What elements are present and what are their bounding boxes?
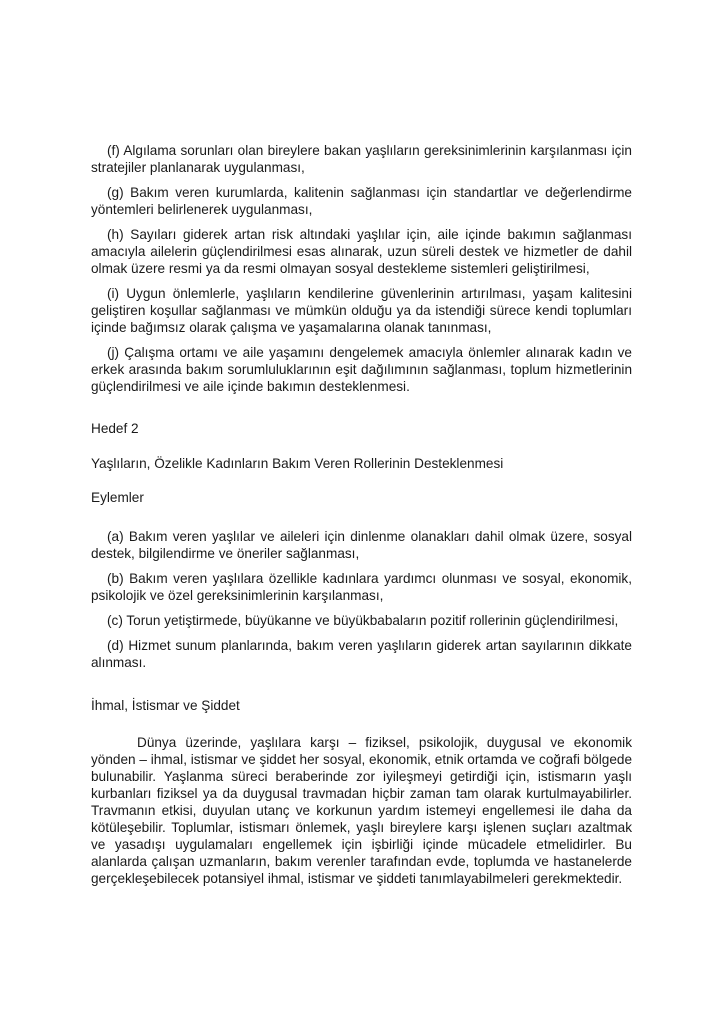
list-item-j: (j) Çalışma ortamı ve aile yaşamını deng… [91, 344, 632, 395]
list-item-d: (d) Hizmet sunum planlarında, bakım vere… [91, 637, 632, 671]
list-item-i: (i) Uygun önlemlerle, yaşlıların kendile… [91, 285, 632, 336]
list-item-b: (b) Bakım veren yaşlılara özellikle kadı… [91, 570, 632, 604]
list-item-f: (f) Algılama sorunları olan bireylere ba… [91, 142, 632, 176]
goal-title: Yaşlıların, Özelikle Kadınların Bakım Ve… [91, 455, 632, 472]
section-title: İhmal, İstismar ve Şiddet [91, 697, 632, 714]
document-page: (f) Algılama sorunları olan bireylere ba… [91, 142, 632, 895]
goal-label: Hedef 2 [91, 420, 632, 437]
actions-list: (a) Bakım veren yaşlılar ve aileleri içi… [91, 528, 632, 671]
list-item-a: (a) Bakım veren yaşlılar ve aileleri içi… [91, 528, 632, 562]
list-item-h: (h) Sayıları giderek artan risk altındak… [91, 226, 632, 277]
list-item-g: (g) Bakım veren kurumlarda, kalitenin sa… [91, 184, 632, 218]
list-item-c: (c) Torun yetiştirmede, büyükanne ve büy… [91, 612, 632, 629]
actions-label: Eylemler [91, 489, 632, 506]
section-body: Dünya üzerinde, yaşlılara karşı – fiziks… [91, 734, 632, 887]
